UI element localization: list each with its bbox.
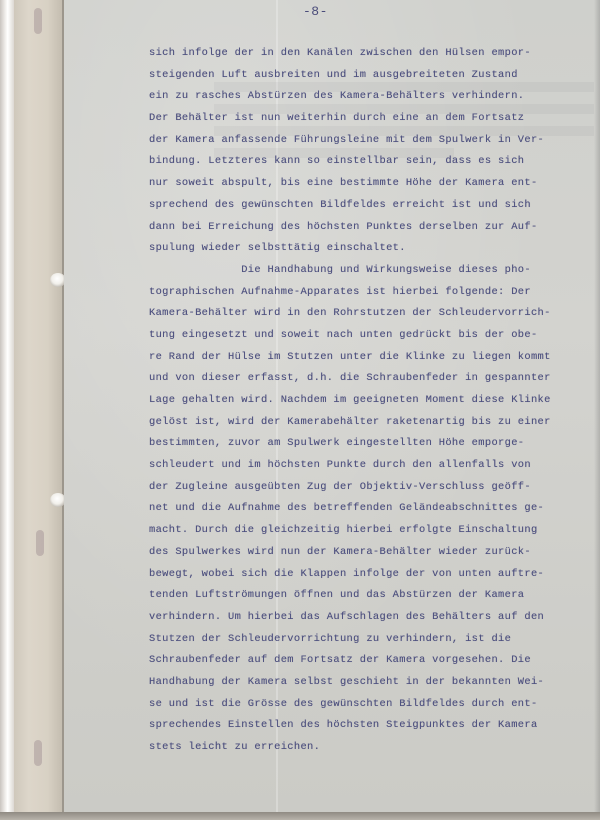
typewritten-body: sich infolge der in den Kanälen zwischen… <box>149 43 599 759</box>
text-line: se und ist die Grösse des gewünschten Bi… <box>149 694 599 716</box>
text-line: net und die Aufnahme des betreffenden Ge… <box>149 498 599 520</box>
text-line: tenden Luftströmungen öffnen und das Abs… <box>149 585 599 607</box>
text-line: und von dieser erfasst, d.h. die Schraub… <box>149 368 599 390</box>
text-line: tung eingesetzt und soweit nach unten ge… <box>149 325 599 347</box>
text-line: steigenden Luft ausbreiten und im ausgeb… <box>149 65 599 87</box>
text-line: Die Handhabung und Wirkungsweise dieses … <box>149 260 599 282</box>
text-line: macht. Durch die gleichzeitig hierbei er… <box>149 520 599 542</box>
text-line: des Spulwerkes wird nun der Kamera-Behäl… <box>149 542 599 564</box>
text-line: Der Behälter ist nun weiterhin durch ein… <box>149 108 599 130</box>
text-line: Lage gehalten wird. Nachdem im geeignete… <box>149 390 599 412</box>
page-bottom-edge <box>0 812 600 820</box>
text-line: Kamera-Behälter wird in den Rohrstutzen … <box>149 303 599 325</box>
text-line: nur soweit abspult, bis eine bestimmte H… <box>149 173 599 195</box>
text-line: Schraubenfeder auf dem Fortsatz der Kame… <box>149 650 599 672</box>
text-line: sprechendes Einstellen des höchsten Stei… <box>149 715 599 737</box>
text-line: tographischen Aufnahme-Apparates ist hie… <box>149 282 599 304</box>
text-line: bestimmten, zuvor am Spulwerk eingestell… <box>149 433 599 455</box>
stain-mark <box>34 8 42 34</box>
text-line: spulung wieder selbsttätig einschaltet. <box>149 238 599 260</box>
text-line: re Rand der Hülse im Stutzen unter die K… <box>149 347 599 369</box>
stain-mark <box>36 530 44 556</box>
page-number: -8- <box>303 4 328 19</box>
text-line: der Kamera anfassende Führungsleine mit … <box>149 130 599 152</box>
text-line: Stutzen der Schleudervorrichtung zu verh… <box>149 629 599 651</box>
text-line: der Zugleine ausgeübten Zug der Objektiv… <box>149 477 599 499</box>
text-line: gelöst ist, wird der Kamerabehälter rake… <box>149 412 599 434</box>
stain-mark <box>34 740 42 766</box>
text-line: bewegt, wobei sich die Klappen infolge d… <box>149 564 599 586</box>
text-line: schleudert und im höchsten Punkte durch … <box>149 455 599 477</box>
text-line: sich infolge der in den Kanälen zwischen… <box>149 43 599 65</box>
binding-strip <box>14 0 64 820</box>
text-line: verhindern. Um hierbei das Aufschlagen d… <box>149 607 599 629</box>
text-line: bindung. Letzteres kann so einstellbar s… <box>149 151 599 173</box>
text-line: dann bei Erreichung des höchsten Punktes… <box>149 217 599 239</box>
text-line: stets leicht zu erreichen. <box>149 737 599 759</box>
text-line: sprechend des gewünschten Bildfeldes err… <box>149 195 599 217</box>
scan-edge <box>0 0 14 820</box>
text-line: ein zu rasches Abstürzen des Kamera-Behä… <box>149 86 599 108</box>
text-line: Handhabung der Kamera selbst geschieht i… <box>149 672 599 694</box>
